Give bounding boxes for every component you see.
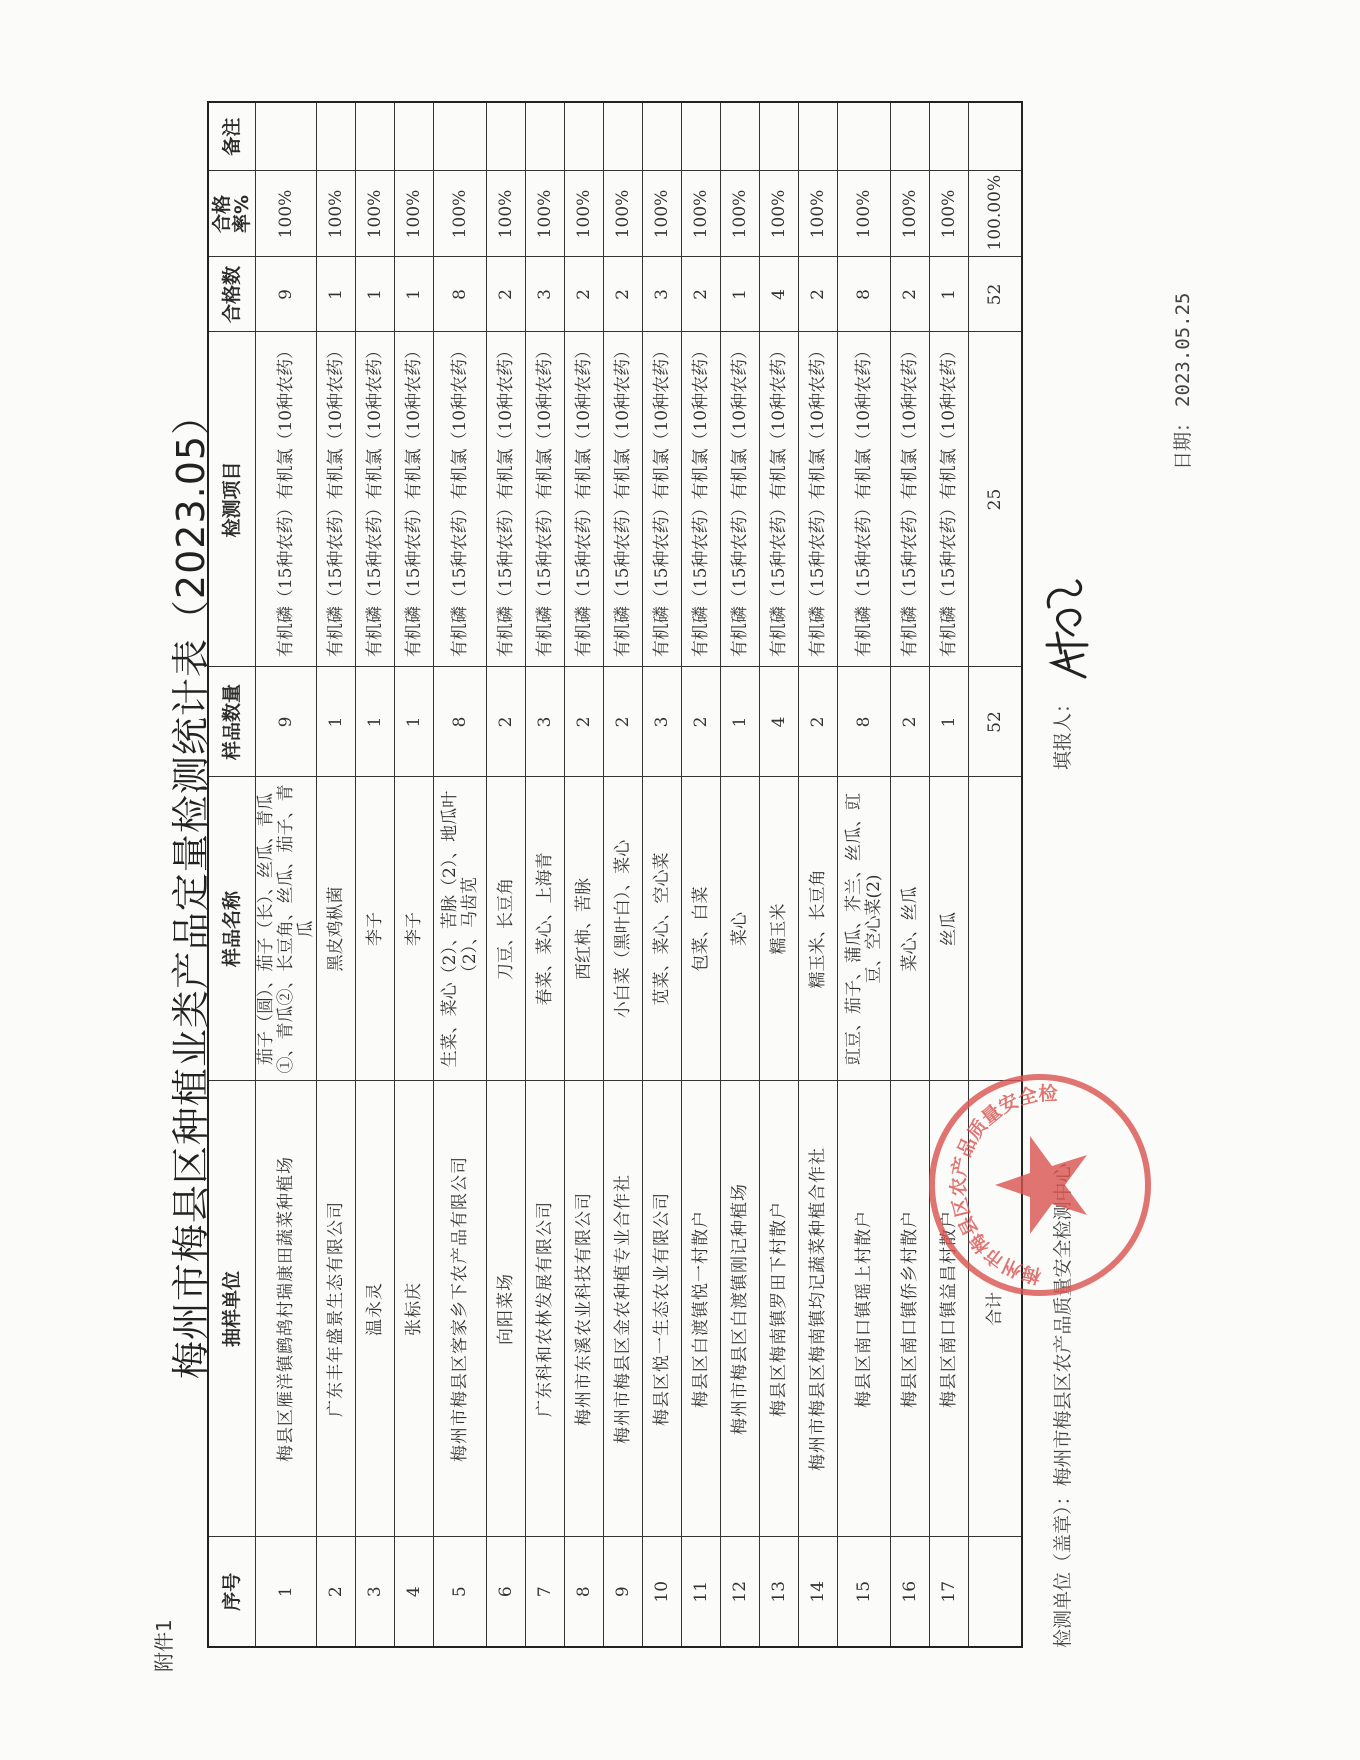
cell-pass: 9	[256, 257, 317, 332]
cell-item: 有机磷（15种农药）有机氯（10种农药）	[604, 332, 643, 667]
cell-rate: 100%	[682, 171, 721, 257]
col-header-rate: 合格率%	[208, 171, 256, 257]
cell-no: 16	[891, 1537, 930, 1647]
official-seal-icon: 梅州市梅县区农产品质量安全检测中心	[925, 1070, 1155, 1300]
cell-samples: 春菜、菜心、上海青	[526, 777, 565, 1081]
cell-samples: 生菜、菜心（2）、苦脉（2）、地瓜叶（2）、马齿苋	[434, 777, 487, 1081]
cell-unit: 梅县区梅南镇罗田下村散户	[760, 1081, 799, 1537]
cell-no: 8	[565, 1537, 604, 1647]
total-rate: 100.00%	[969, 171, 1023, 257]
cell-no: 1	[256, 1537, 317, 1647]
cell-note	[256, 102, 317, 171]
cell-note	[434, 102, 487, 171]
cell-no: 12	[721, 1537, 760, 1647]
cell-rate: 100%	[256, 171, 317, 257]
cell-unit: 梅县区南口镇侨乡村散户	[891, 1081, 930, 1537]
cell-samples: 菜心、丝瓜	[891, 777, 930, 1081]
cell-item: 有机磷（15种农药）有机氯（10种农药）	[356, 332, 395, 667]
cell-item: 有机磷（15种农药）有机氯（10种农药）	[565, 332, 604, 667]
cell-samples: 包菜、白菜	[682, 777, 721, 1081]
table-row: 6向阳菜场刀豆、长豆角2有机磷（15种农药）有机氯（10种农药）2100%	[487, 102, 526, 1647]
col-header-no: 序号	[208, 1537, 256, 1647]
total-pass: 52	[969, 257, 1023, 332]
table-row: 13梅县区梅南镇罗田下村散户糯玉米4有机磷（15种农药）有机氯（10种农药）41…	[760, 102, 799, 1647]
cell-samples: 李子	[356, 777, 395, 1081]
cell-rate: 100%	[317, 171, 356, 257]
table-row: 3温永灵李子1有机磷（15种农药）有机氯（10种农药）1100%	[356, 102, 395, 1647]
cell-samples: 丝瓜	[930, 777, 969, 1081]
cell-item: 有机磷（15种农药）有机氯（10种农药）	[760, 332, 799, 667]
cell-item: 有机磷（15种农药）有机氯（10种农药）	[799, 332, 838, 667]
cell-rate: 100%	[395, 171, 434, 257]
cell-no	[969, 1537, 1023, 1647]
cell-unit: 梅县区悦一生态农业有限公司	[643, 1081, 682, 1537]
cell-pass: 3	[643, 257, 682, 332]
table-row: 9梅州市梅县区金农种植专业合作社小白菜（黑叶白）、菜心2有机磷（15种农药）有机…	[604, 102, 643, 1647]
table-row: 8梅州市东溪农业科技有限公司西红柿、苦脉2有机磷（15种农药）有机氯（10种农药…	[565, 102, 604, 1647]
cell-samples: 糯玉米、长豆角	[799, 777, 838, 1081]
col-header-pass: 合格数	[208, 257, 256, 332]
cell-pass: 3	[526, 257, 565, 332]
cell-rate: 100%	[643, 171, 682, 257]
cell-note	[760, 102, 799, 171]
cell-item: 有机磷（15种农药）有机氯（10种农药）	[721, 332, 760, 667]
col-header-qty: 样品数量	[208, 667, 256, 777]
cell-note	[604, 102, 643, 171]
cell-samples: 小白菜（黑叶白）、菜心	[604, 777, 643, 1081]
cell-qty: 1	[930, 667, 969, 777]
cell-note	[526, 102, 565, 171]
cell-note	[799, 102, 838, 171]
date-value: 2023.05.25	[1172, 293, 1194, 407]
cell-pass: 2	[799, 257, 838, 332]
cell-no: 13	[760, 1537, 799, 1647]
cell-qty: 8	[434, 667, 487, 777]
total-qty: 52	[969, 667, 1023, 777]
table-row: 11梅县区白渡镇悦一村散户包菜、白菜2有机磷（15种农药）有机氯（10种农药）2…	[682, 102, 721, 1647]
cell-pass: 8	[434, 257, 487, 332]
cell-item: 有机磷（15种农药）有机氯（10种农药）	[682, 332, 721, 667]
cell-samples: 苋菜、菜心、空心菜	[643, 777, 682, 1081]
cell-no: 9	[604, 1537, 643, 1647]
cell-no: 15	[838, 1537, 891, 1647]
cell-item: 有机磷（15种农药）有机氯（10种农药）	[256, 332, 317, 667]
cell-note	[643, 102, 682, 171]
table-row: 7广东科和农林发展有限公司春菜、菜心、上海青3有机磷（15种农药）有机氯（10种…	[526, 102, 565, 1647]
cell-qty: 2	[487, 667, 526, 777]
cell-samples	[969, 777, 1023, 1081]
cell-note	[838, 102, 891, 171]
cell-no: 11	[682, 1537, 721, 1647]
cell-unit: 梅州市东溪农业科技有限公司	[565, 1081, 604, 1537]
cell-note	[682, 102, 721, 171]
cell-unit: 梅州市梅县区客家乡下农产品有限公司	[434, 1081, 487, 1537]
date-field: 日期： 2023.05.25	[1168, 293, 1195, 470]
cell-pass: 4	[760, 257, 799, 332]
cell-pass: 1	[395, 257, 434, 332]
cell-pass: 2	[891, 257, 930, 332]
cell-qty: 2	[891, 667, 930, 777]
cell-rate: 100%	[604, 171, 643, 257]
cell-note	[565, 102, 604, 171]
cell-pass: 2	[487, 257, 526, 332]
col-header-samples: 样品名称	[208, 777, 256, 1081]
cell-qty: 3	[643, 667, 682, 777]
cell-unit: 张标庆	[395, 1081, 434, 1537]
cell-rate: 100%	[799, 171, 838, 257]
table-row: 16梅县区南口镇侨乡村散户菜心、丝瓜2有机磷（15种农药）有机氯（10种农药）2…	[891, 102, 930, 1647]
cell-rate: 100%	[526, 171, 565, 257]
table-row: 15梅县区南口镇瑶上村散户豇豆、茄子、蒲瓜、芥兰、丝瓜、豇豆、空心菜(2)8有机…	[838, 102, 891, 1647]
cell-samples: 李子	[395, 777, 434, 1081]
table-row: 1梅县区雁洋镇鹧鸪村瑞康田蔬菜种植场茄子（圆）、茄子（长）、丝瓜、青瓜①、青瓜②…	[256, 102, 317, 1647]
document-page: 附件1 梅州市梅县区种植业类产品定量检测统计表（2023.05） 序号 抽样单位…	[0, 0, 1360, 1760]
cell-qty: 8	[838, 667, 891, 777]
table-total-row: 合计522552100.00%	[969, 102, 1023, 1647]
cell-samples: 西红柿、苦脉	[565, 777, 604, 1081]
cell-rate: 100%	[721, 171, 760, 257]
cell-samples: 菜心	[721, 777, 760, 1081]
cell-samples: 糯玉米	[760, 777, 799, 1081]
cell-rate: 100%	[760, 171, 799, 257]
inspection-table: 序号 抽样单位 样品名称 样品数量 检测项目 合格数 合格率% 备注 1梅县区雁…	[207, 101, 1023, 1648]
cell-qty: 2	[799, 667, 838, 777]
cell-rate: 100%	[891, 171, 930, 257]
cell-qty: 2	[682, 667, 721, 777]
cell-item: 有机磷（15种农药）有机氯（10种农药）	[838, 332, 891, 667]
cell-item: 有机磷（15种农药）有机氯（10种农药）	[526, 332, 565, 667]
cell-rate: 100%	[434, 171, 487, 257]
cell-item: 有机磷（15种农药）有机氯（10种农药）	[930, 332, 969, 667]
date-label: 日期：	[1172, 413, 1194, 470]
cell-note	[930, 102, 969, 171]
cell-qty: 3	[526, 667, 565, 777]
cell-item: 有机磷（15种农药）有机氯（10种农药）	[487, 332, 526, 667]
cell-unit: 温永灵	[356, 1081, 395, 1537]
signature-icon	[1035, 575, 1095, 685]
cell-no: 2	[317, 1537, 356, 1647]
cell-samples: 豇豆、茄子、蒲瓜、芥兰、丝瓜、豇豆、空心菜(2)	[838, 777, 891, 1081]
cell-note	[969, 102, 1023, 171]
col-header-unit: 抽样单位	[208, 1081, 256, 1537]
cell-unit: 梅州市梅县区梅南镇均记蔬菜种植合作社	[799, 1081, 838, 1537]
cell-pass: 2	[565, 257, 604, 332]
cell-rate: 100%	[565, 171, 604, 257]
total-item: 25	[969, 332, 1023, 667]
cell-no: 6	[487, 1537, 526, 1647]
cell-qty: 2	[565, 667, 604, 777]
cell-no: 3	[356, 1537, 395, 1647]
cell-unit: 向阳菜场	[487, 1081, 526, 1537]
cell-rate: 100%	[930, 171, 969, 257]
cell-note	[317, 102, 356, 171]
cell-qty: 1	[721, 667, 760, 777]
cell-pass: 8	[838, 257, 891, 332]
cell-no: 4	[395, 1537, 434, 1647]
cell-unit: 梅州市梅县区白渡镇刚记种植场	[721, 1081, 760, 1537]
cell-no: 17	[930, 1537, 969, 1647]
cell-pass: 1	[317, 257, 356, 332]
cell-pass: 1	[721, 257, 760, 332]
cell-unit: 梅州市梅县区金农种植专业合作社	[604, 1081, 643, 1537]
cell-unit: 广东科和农林发展有限公司	[526, 1081, 565, 1537]
cell-rate: 100%	[487, 171, 526, 257]
cell-note	[395, 102, 434, 171]
cell-item: 有机磷（15种农药）有机氯（10种农药）	[643, 332, 682, 667]
cell-samples: 刀豆、长豆角	[487, 777, 526, 1081]
cell-no: 10	[643, 1537, 682, 1647]
cell-qty: 1	[356, 667, 395, 777]
cell-note	[356, 102, 395, 171]
table-row: 2广东丰年盛景生态有限公司黑皮鸡枞菌1有机磷（15种农药）有机氯（10种农药）1…	[317, 102, 356, 1647]
cell-item: 有机磷（15种农药）有机氯（10种农药）	[317, 332, 356, 667]
cell-unit: 梅县区白渡镇悦一村散户	[682, 1081, 721, 1537]
cell-rate: 100%	[356, 171, 395, 257]
table-header-row: 序号 抽样单位 样品名称 样品数量 检测项目 合格数 合格率% 备注	[208, 102, 256, 1647]
cell-samples: 茄子（圆）、茄子（长）、丝瓜、青瓜①、青瓜②、长豆角、丝瓜、茄子、青瓜	[256, 777, 317, 1081]
table-row: 14梅州市梅县区梅南镇均记蔬菜种植合作社糯玉米、长豆角2有机磷（15种农药）有机…	[799, 102, 838, 1647]
cell-unit: 广东丰年盛景生态有限公司	[317, 1081, 356, 1537]
table-row: 12梅州市梅县区白渡镇刚记种植场菜心1有机磷（15种农药）有机氯（10种农药）1…	[721, 102, 760, 1647]
table-row: 4张标庆李子1有机磷（15种农药）有机氯（10种农药）1100%	[395, 102, 434, 1647]
cell-rate: 100%	[838, 171, 891, 257]
cell-pass: 2	[604, 257, 643, 332]
cell-no: 7	[526, 1537, 565, 1647]
cell-no: 14	[799, 1537, 838, 1647]
cell-item: 有机磷（15种农药）有机氯（10种农药）	[395, 332, 434, 667]
cell-note	[721, 102, 760, 171]
cell-note	[891, 102, 930, 171]
filler-label: 填报人：	[1052, 694, 1074, 770]
cell-unit: 梅县区南口镇瑶上村散户	[838, 1081, 891, 1537]
table-row: 5梅州市梅县区客家乡下农产品有限公司生菜、菜心（2）、苦脉（2）、地瓜叶（2）、…	[434, 102, 487, 1647]
cell-qty: 1	[395, 667, 434, 777]
col-header-note: 备注	[208, 102, 256, 171]
cell-pass: 1	[930, 257, 969, 332]
cell-no: 5	[434, 1537, 487, 1647]
table-row: 17梅县区南口镇益昌村散户丝瓜1有机磷（15种农药）有机氯（10种农药）1100…	[930, 102, 969, 1647]
table-row: 10梅县区悦一生态农业有限公司苋菜、菜心、空心菜3有机磷（15种农药）有机氯（1…	[643, 102, 682, 1647]
testing-unit-label: 检测单位（盖章）：	[1052, 1486, 1074, 1648]
cell-qty: 2	[604, 667, 643, 777]
cell-qty: 4	[760, 667, 799, 777]
cell-item: 有机磷（15种农药）有机氯（10种农药）	[891, 332, 930, 667]
cell-samples: 黑皮鸡枞菌	[317, 777, 356, 1081]
cell-qty: 1	[317, 667, 356, 777]
table-body: 1梅县区雁洋镇鹧鸪村瑞康田蔬菜种植场茄子（圆）、茄子（长）、丝瓜、青瓜①、青瓜②…	[256, 102, 1023, 1647]
cell-item: 有机磷（15种农药）有机氯（10种农药）	[434, 332, 487, 667]
filler: 填报人：	[1048, 694, 1075, 770]
cell-note	[487, 102, 526, 171]
cell-unit: 梅县区雁洋镇鹧鸪村瑞康田蔬菜种植场	[256, 1081, 317, 1537]
cell-pass: 2	[682, 257, 721, 332]
cell-qty: 9	[256, 667, 317, 777]
cell-pass: 1	[356, 257, 395, 332]
col-header-item: 检测项目	[208, 332, 256, 667]
